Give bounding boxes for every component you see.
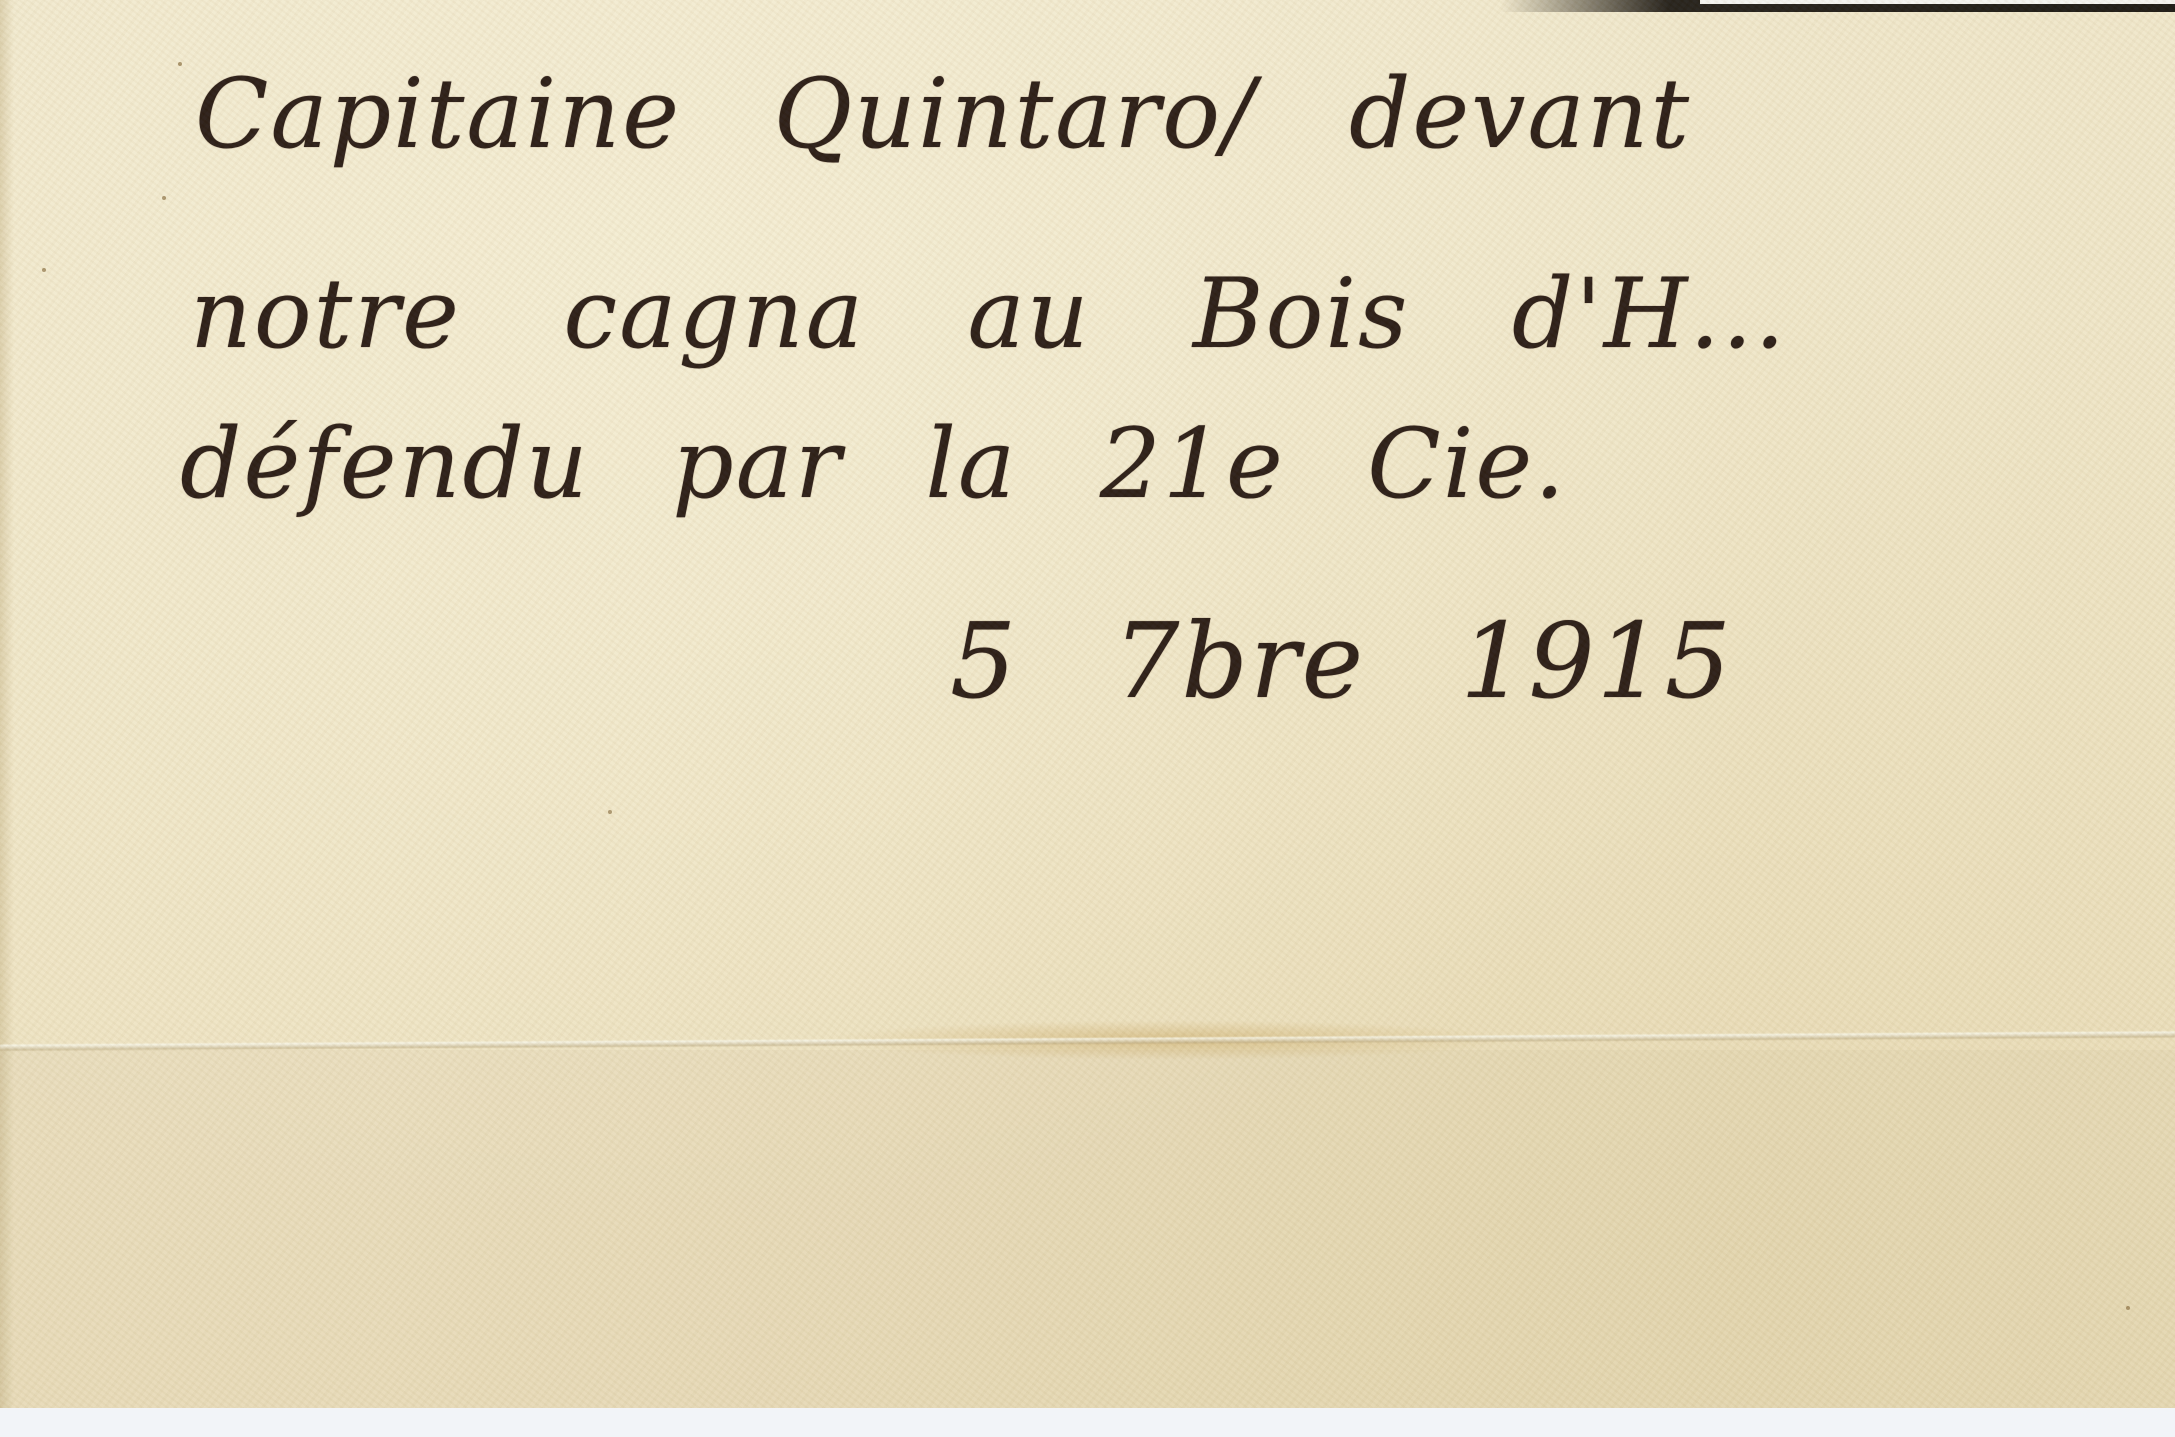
scanner-background — [0, 1408, 2175, 1437]
caption-line-1: Capitaine Quintaro/ devant — [195, 58, 1691, 170]
paper-speck — [162, 196, 166, 200]
handwritten-card: Capitaine Quintaro/ devant notre cagna a… — [0, 0, 2175, 1408]
lower-flap — [0, 1050, 2175, 1408]
date-line: 5 7bre 1915 — [950, 600, 1733, 722]
fold-line — [0, 1018, 2175, 1068]
paper-speck — [178, 62, 182, 66]
caption-line-3: défendu par la 21e Cie. — [180, 408, 1567, 520]
paper-speck — [42, 268, 46, 272]
top-edge-highlight — [1700, 0, 2175, 4]
caption-line-2: notre cagna au Bois d'H... — [190, 258, 1787, 370]
paper-speck — [608, 810, 612, 814]
